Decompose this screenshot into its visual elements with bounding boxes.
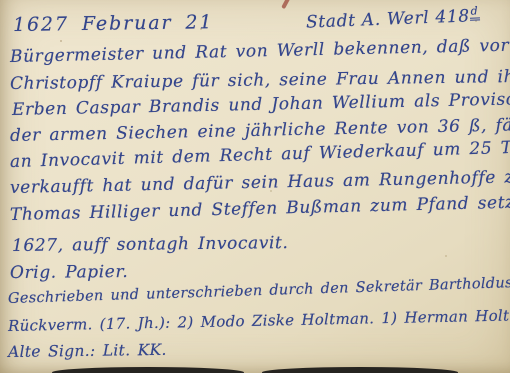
body-line: Thomas Hilliger und Steffen Bußman zum P…	[10, 192, 510, 225]
body-line: verkaufft hat und dafür sein Haus am Run…	[10, 166, 510, 198]
archive-reference-superscript: d	[469, 4, 479, 20]
body-line: Erben Caspar Brandis und Johan Wellium a…	[12, 89, 510, 120]
date-of-record-line: 1627, auff sontagh Invocavit.	[12, 233, 289, 256]
archive-reference-text: Stadt A. Werl 418	[306, 6, 471, 32]
material-note: Orig. Papier.	[10, 262, 128, 283]
annotation-old-signature: Alte Sign.: Lit. KK.	[8, 341, 167, 361]
annotation-verso-note: Rückverm. (17. Jh.): 2) Modo Ziske Holtm…	[8, 306, 510, 335]
paper-speckles	[60, 40, 62, 42]
card-bottom-edge-shadow	[52, 367, 244, 373]
archive-index-card: 1627 Februar 21 Stadt A. Werl 418d Bürge…	[0, 0, 510, 373]
body-line: Bürgermeister und Rat von Werll bekennen…	[10, 34, 510, 67]
body-line: Christopff Kraiupe für sich, seine Frau …	[10, 67, 510, 94]
header-archive-reference: Stadt A. Werl 418d	[306, 4, 480, 32]
red-ink-mark	[281, 0, 291, 9]
card-bottom-edge-shadow	[262, 367, 458, 373]
photo-background: 1627 Februar 21 Stadt A. Werl 418d Bürge…	[0, 0, 510, 373]
header-date: 1627 Februar 21	[13, 11, 214, 36]
